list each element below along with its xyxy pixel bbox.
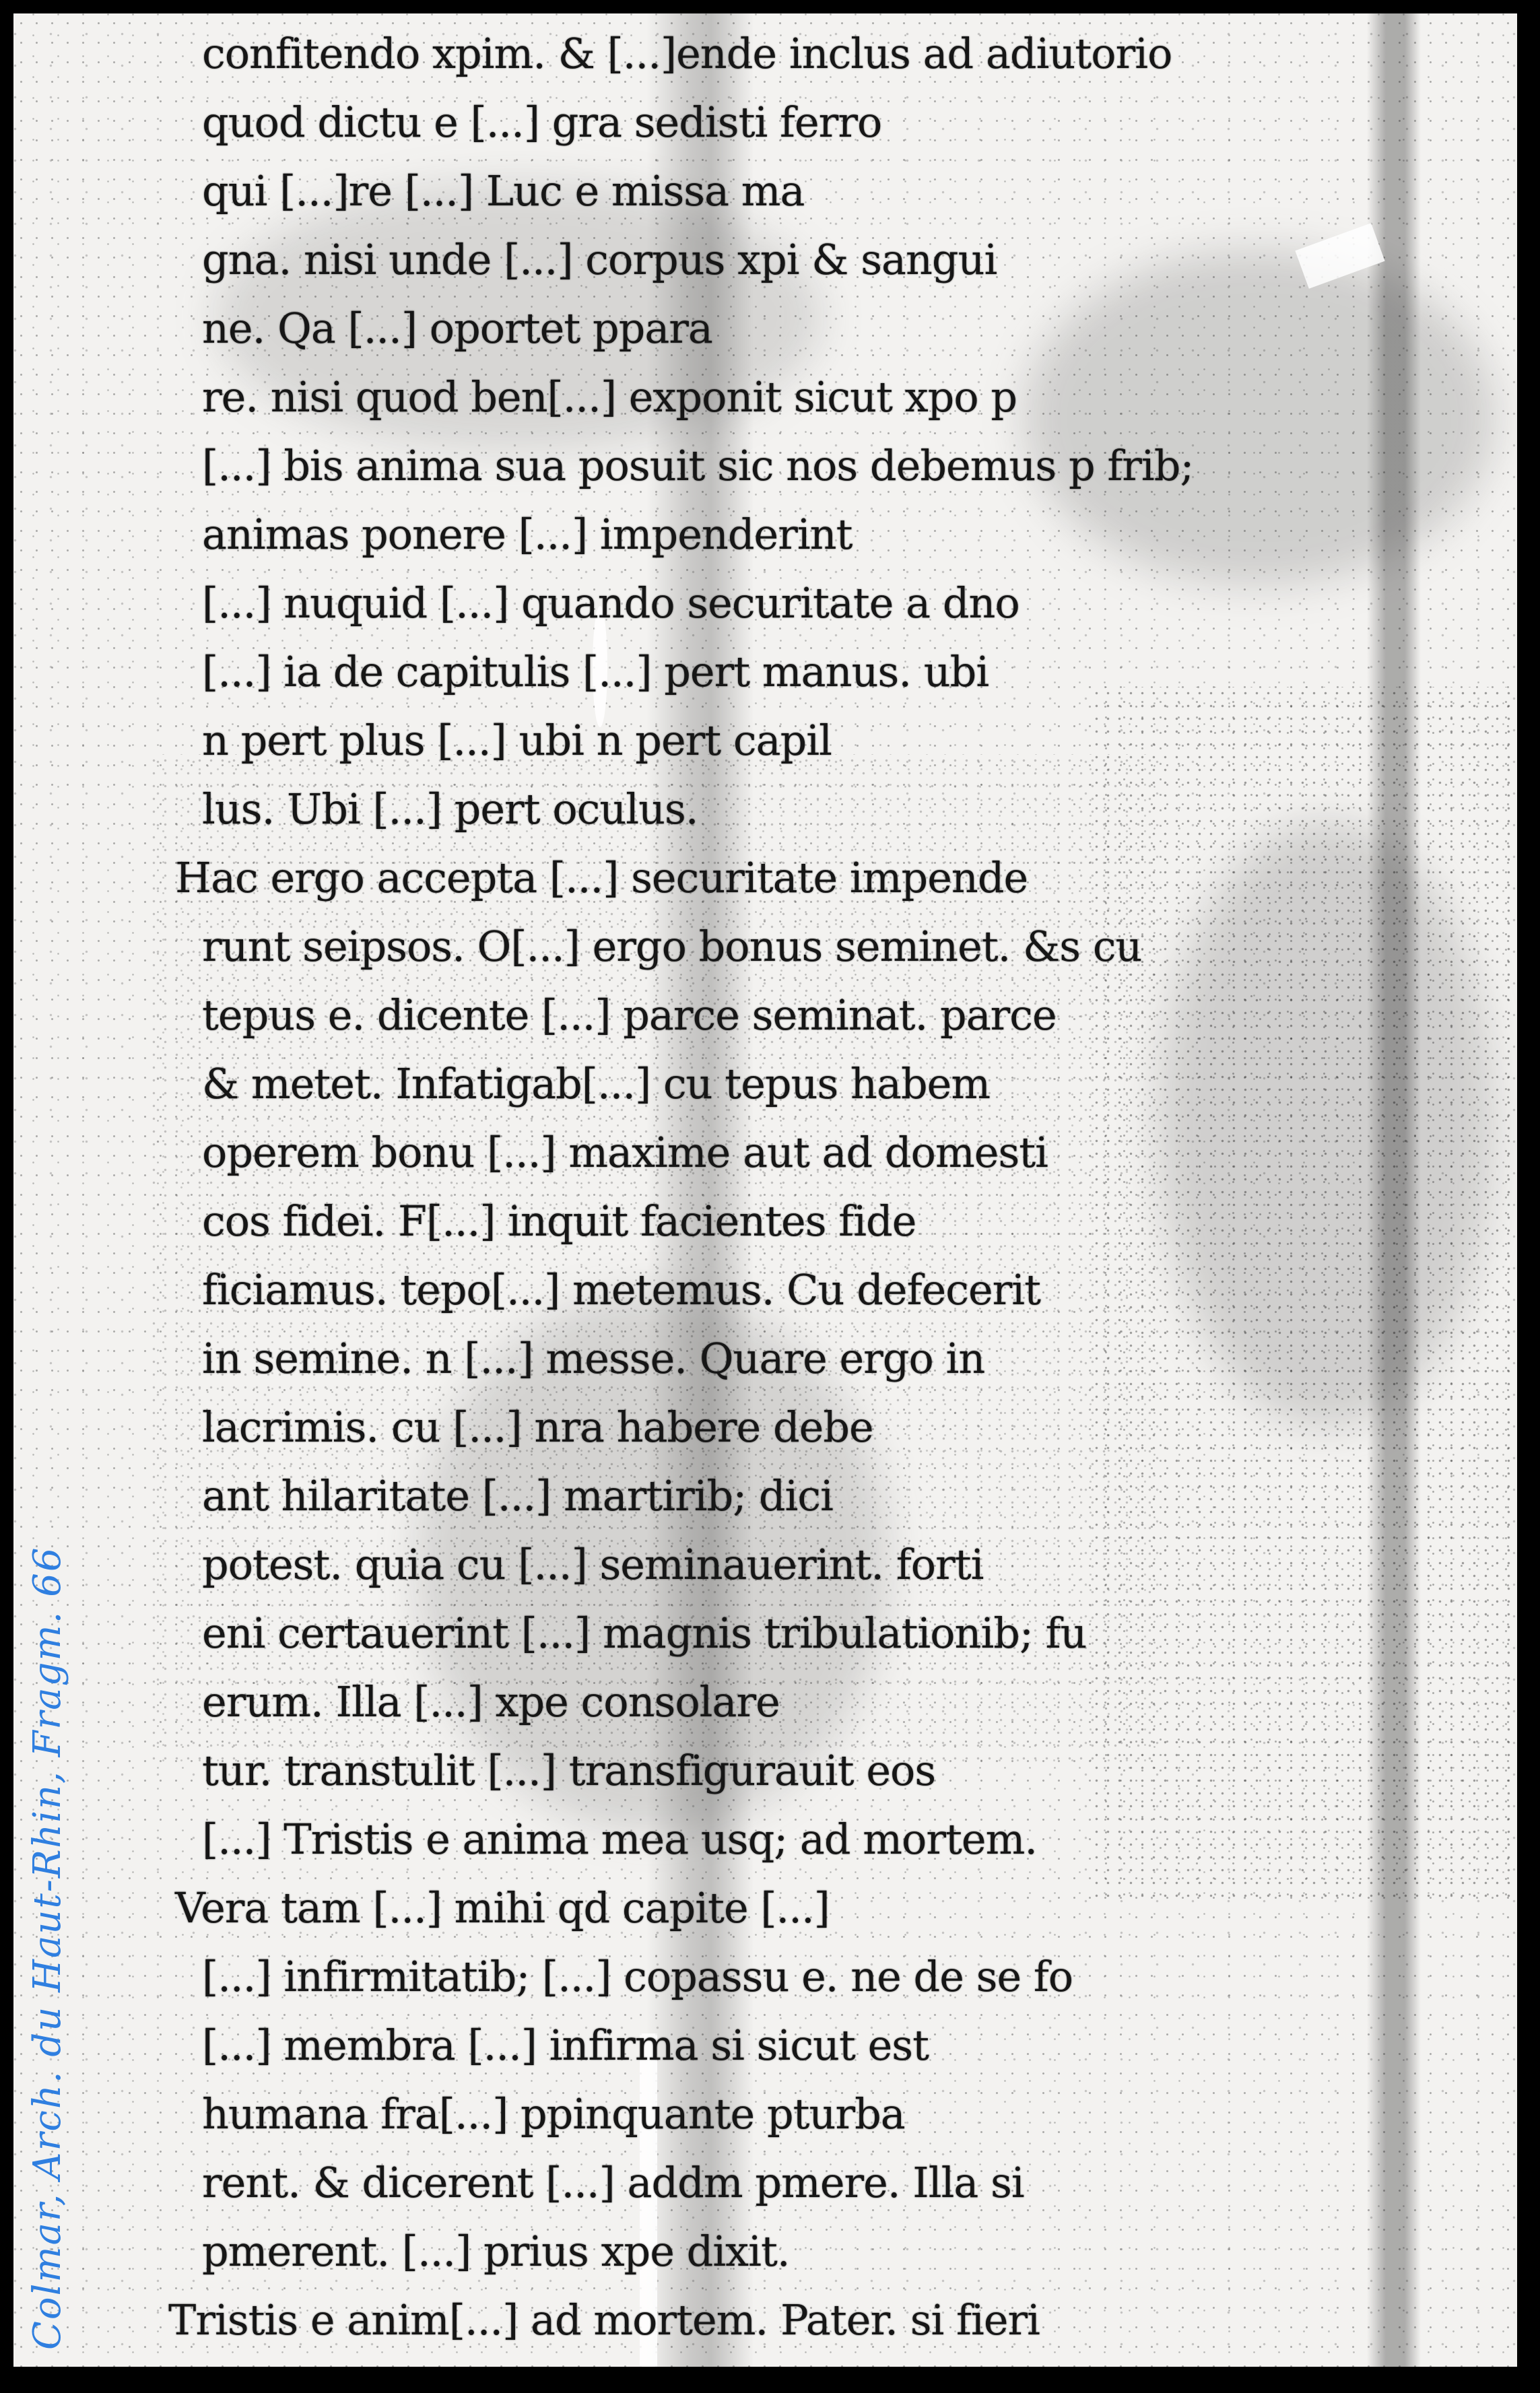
manuscript-line: qui [...]re [...] Luc e missa ma [202, 158, 1172, 225]
manuscript-line: quod dictu e [...] gra sedisti ferro [202, 89, 1172, 156]
manuscript-line: Tristis e anim[...] ad mortem. Pater. si… [168, 2287, 1138, 2354]
manuscript-line: potest. quia cu [...] seminauerint. fort… [202, 1531, 1172, 1598]
manuscript-line: lacrimis. cu [...] nra habere debe [202, 1394, 1172, 1461]
manuscript-line: lus. Ubi [...] pert oculus. [202, 776, 1172, 843]
manuscript-line: [...] bis anima sua posuit sic nos debem… [202, 432, 1172, 500]
manuscript-line: cos fidei. F[...] inquit facientes fide [202, 1188, 1172, 1255]
manuscript-photograph: confitendo xpim. & [...]ende inclus ad a… [13, 13, 1517, 2367]
manuscript-line: eni certauerint [...] magnis tribulation… [202, 1600, 1172, 1667]
manuscript-line: pmerent. [...] prius xpe dixit. [202, 2218, 1172, 2285]
manuscript-line: Hac ergo accepta [...] securitate impend… [175, 844, 1145, 912]
manuscript-line: rent. & dicerent [...] addm pmere. Illa … [202, 2149, 1172, 2217]
manuscript-line: [...] nuquid [...] quando securitate a d… [202, 570, 1172, 637]
manuscript-line: [...] ia de capitulis [...] pert manus. … [202, 638, 1172, 706]
manuscript-line: in semine. n [...] messe. Quare ergo in [202, 1325, 1172, 1392]
manuscript-line: ne. Qa [...] oportet ppara [202, 295, 1172, 362]
manuscript-line: & metet. Infatigab[...] cu tepus habem [202, 1050, 1172, 1118]
manuscript-line: tur. transtulit [...] transfigurauit eos [202, 1737, 1172, 1805]
manuscript-text-block: confitendo xpim. & [...]ende inclus ad a… [202, 13, 1172, 2367]
manuscript-line: n pert plus [...] ubi n pert capil [202, 707, 1172, 774]
manuscript-line: [...] infirmitatib; [...] copassu e. ne … [202, 1943, 1172, 2011]
manuscript-line: re. nisi quod ben[...] exponit sicut xpo… [202, 364, 1172, 431]
manuscript-line: operem bonu [...] maxime aut ad domesti [202, 1119, 1172, 1186]
manuscript-line: ficiamus. tepo[...] metemus. Cu defeceri… [202, 1256, 1172, 1324]
manuscript-line: [...] membra [...] infirma si sicut est [202, 2012, 1172, 2079]
manuscript-line: gna. nisi unde [...] corpus xpi & sangui [202, 226, 1172, 294]
archive-shelfmark-note: Colmar, Arch. du Haut-Rhin, Fragm. 66 [26, 1547, 69, 2350]
manuscript-line: runt seipsos. O[...] ergo bonus seminet.… [202, 913, 1172, 980]
manuscript-line: tepus e. dicente [...] parce seminat. pa… [202, 982, 1172, 1049]
manuscript-line: animas ponere [...] impenderint [202, 501, 1172, 568]
manuscript-line: confitendo xpim. & [...]ende inclus ad a… [202, 20, 1172, 88]
manuscript-line: humana fra[...] ppinquante pturba [202, 2081, 1172, 2148]
manuscript-line: [...] Tristis e anima mea usq; ad mortem… [202, 1806, 1172, 1873]
manuscript-line: erum. Illa [...] xpe consolare [202, 1669, 1172, 1736]
manuscript-line: Vera tam [...] mihi qd capite [...] [175, 1875, 1145, 1942]
manuscript-line: ant hilaritate [...] martirib; dici [202, 1462, 1172, 1530]
